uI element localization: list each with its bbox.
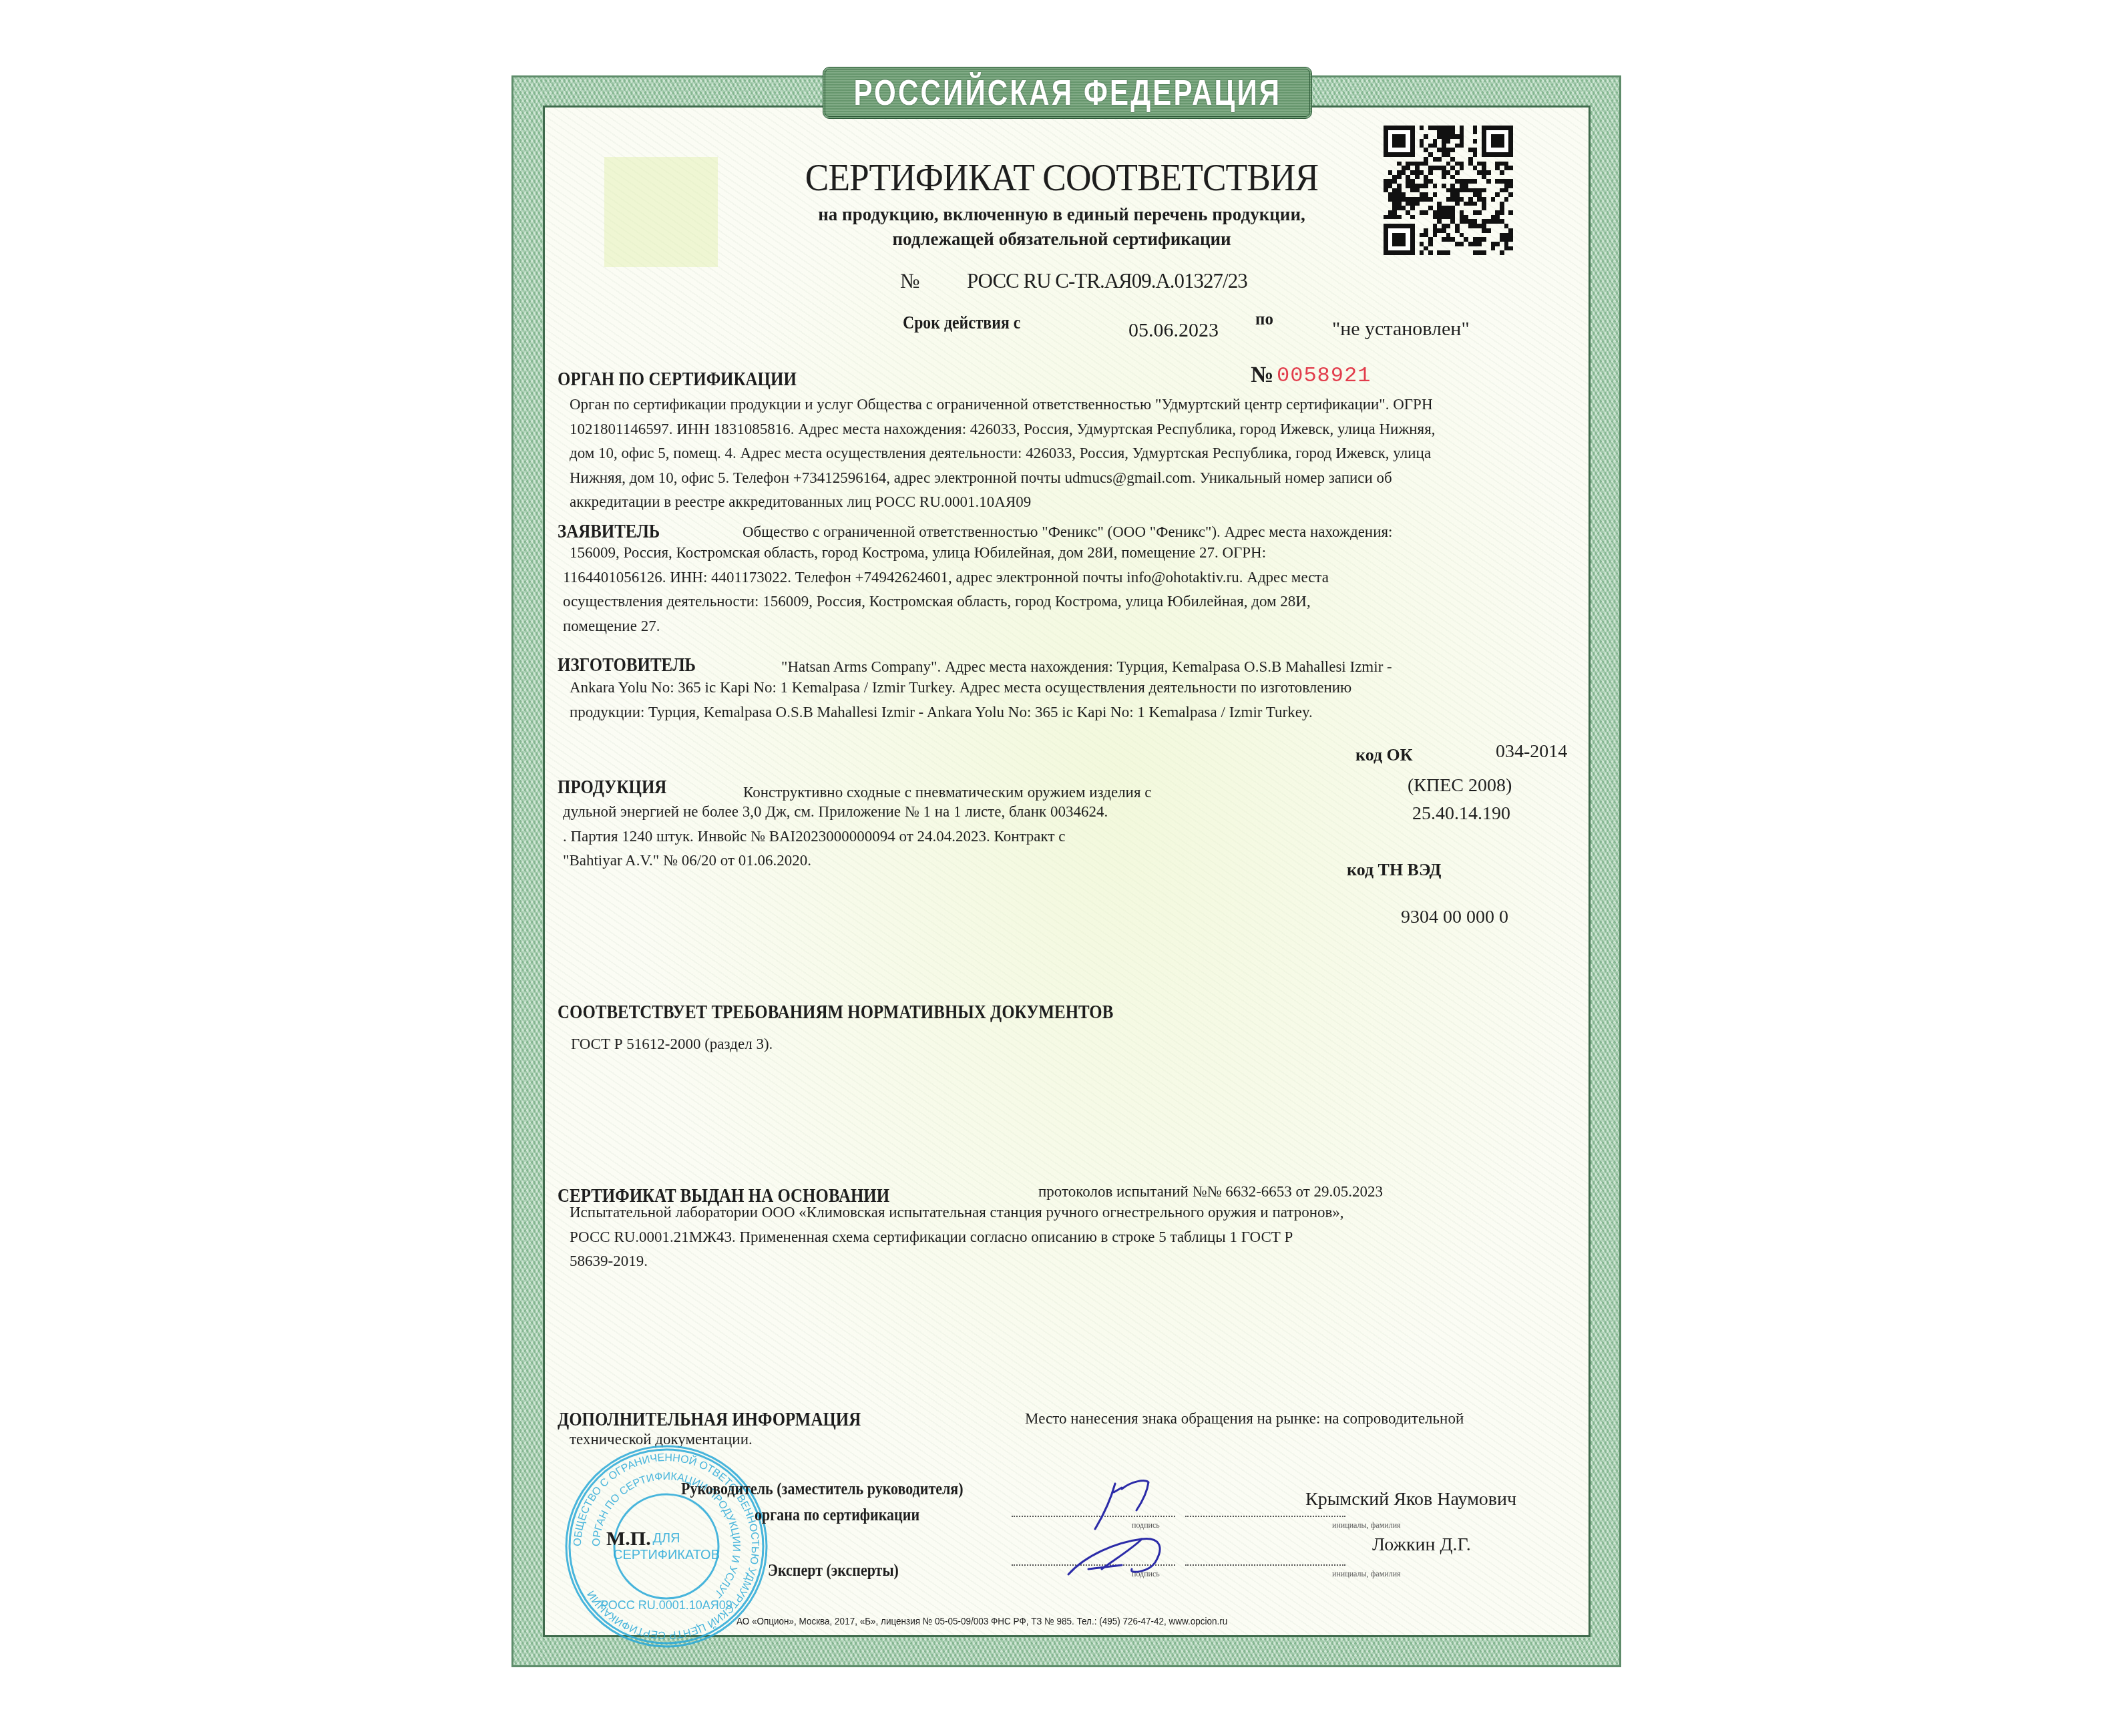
section-heading-conformity: СООТВЕТСТВУЕТ ТРЕБОВАНИЯМ НОРМАТИВНЫХ ДО…	[558, 1002, 1113, 1024]
country-banner: РОССИЙСКАЯ ФЕДЕРАЦИЯ	[823, 67, 1312, 119]
text-line: 58639-2019.	[558, 1249, 1582, 1274]
text-line: Испытательной лаборатории ООО «Климовска…	[558, 1201, 1582, 1225]
blank-serial-number: 0058921	[1277, 363, 1371, 388]
valid-from-date: 05.06.2023	[1128, 320, 1219, 341]
ok-code-label: код ОК	[1355, 746, 1413, 764]
tnved-code-value: 9304 00 000 0	[1401, 908, 1508, 927]
svg-text:СЕРТИФИКАТОВ: СЕРТИФИКАТОВ	[613, 1548, 720, 1562]
certificate-number: РОСС RU C-TR.АЯ09.А.01327/23	[967, 270, 1247, 291]
document-subtitle-line1: на продукцию, включенную в единый перече…	[601, 204, 1522, 225]
head-name-caption: инициалы, фамилия	[1332, 1520, 1401, 1530]
text-line: осуществления деятельности: 156009, Росс…	[558, 590, 1582, 614]
product-first-line: Конструктивно сходные с пневматическим о…	[743, 785, 1151, 800]
manufacturer-text: Ankara Yolu No: 365 ic Kapi No: 1 Kemalp…	[558, 676, 1582, 724]
ok-code-standard: 034-2014	[1496, 742, 1567, 761]
section-heading-manufacturer: ИЗГОТОВИТЕЛЬ	[558, 654, 696, 676]
blank-number-label: №	[1251, 364, 1273, 387]
conformity-documents: ГОСТ Р 51612-2000 (раздел 3).	[571, 1036, 773, 1052]
document-subtitle-line2: подлежащей обязательной сертификации	[601, 229, 1522, 250]
text-line: РОСС RU.0001.21МЖ43. Примененная схема с…	[558, 1225, 1582, 1250]
validity-to-label: по	[1255, 311, 1273, 328]
text-line: Ankara Yolu No: 365 ic Kapi No: 1 Kemalp…	[558, 676, 1582, 700]
applicant-text: 156009, Россия, Костромская область, гор…	[558, 541, 1582, 638]
svg-text:РОСС RU.0001.10АЯ09: РОСС RU.0001.10АЯ09	[600, 1598, 732, 1612]
certificate-number-label: №	[900, 270, 920, 291]
manufacturer-first-line: "Hatsan Arms Company". Адрес места нахож…	[781, 659, 1392, 674]
applicant-first-line: Общество с ограниченной ответственностью…	[743, 524, 1392, 539]
printer-imprint: АО «Опцион», Москва, 2017, «Б», лицензия…	[736, 1616, 1227, 1627]
seal-label: М.П.	[606, 1529, 651, 1549]
text-line: Орган по сертификации продукции и услуг …	[558, 393, 1582, 417]
basis-text: Испытательной лаборатории ООО «Климовска…	[558, 1201, 1582, 1274]
text-line: аккредитации в реестре аккредитованных л…	[558, 490, 1582, 515]
text-line: . Партия 1240 штук. Инвойс № BAI20230000…	[558, 825, 1582, 849]
text-line: 1021801146597. ИНН 1831085816. Адрес мес…	[558, 417, 1582, 442]
handwritten-signatures	[1048, 1476, 1222, 1582]
head-name: Крымский Яков Наумович	[1305, 1490, 1516, 1509]
text-line: 1164401056126. ИНН: 4401173022. Телефон …	[558, 566, 1582, 590]
svg-text:ДЛЯ: ДЛЯ	[652, 1531, 680, 1546]
head-label-line1: Руководитель (заместитель руководителя)	[681, 1481, 964, 1498]
text-line: 156009, Россия, Костромская область, гор…	[558, 541, 1582, 566]
certification-body-text: Орган по сертификации продукции и услуг …	[558, 393, 1582, 515]
ok-code-value: 25.40.14.190	[1412, 805, 1510, 823]
valid-to-value: "не установлен"	[1332, 319, 1470, 339]
expert-label: Эксперт (эксперты)	[768, 1562, 899, 1579]
section-heading-certification-body: ОРГАН ПО СЕРТИФИКАЦИИ	[558, 369, 797, 391]
expert-name: Ложкин Д.Г.	[1372, 1536, 1471, 1554]
ok-code-classifier: (КПЕС 2008)	[1408, 777, 1512, 795]
text-line: помещение 27.	[558, 614, 1582, 639]
section-heading-product: ПРОДУКЦИЯ	[558, 777, 666, 799]
section-heading-applicant: ЗАЯВИТЕЛЬ	[558, 521, 660, 543]
additional-first-line: Место нанесения знака обращения на рынке…	[1025, 1411, 1464, 1426]
text-line: дом 10, офис 5, помещ. 4. Адрес места ос…	[558, 441, 1582, 466]
validity-label: Срок действия с	[903, 314, 1020, 332]
text-line: продукции: Турция, Kemalpasa O.S.B Mahal…	[558, 700, 1582, 725]
head-label-line2: органа по сертификации	[755, 1507, 919, 1524]
expert-name-caption: инициалы, фамилия	[1332, 1569, 1401, 1579]
tnved-code-label: код ТН ВЭД	[1347, 861, 1441, 879]
country-banner-text: РОССИЙСКАЯ ФЕДЕРАЦИЯ	[853, 72, 1281, 114]
document-title: СЕРТИФИКАТ СООТВЕТСТВИЯ	[638, 155, 1486, 200]
basis-first-line: протоколов испытаний №№ 6632-6653 от 29.…	[1038, 1184, 1383, 1199]
text-line: Нижняя, дом 10, офис 5. Телефон +7341259…	[558, 466, 1582, 491]
